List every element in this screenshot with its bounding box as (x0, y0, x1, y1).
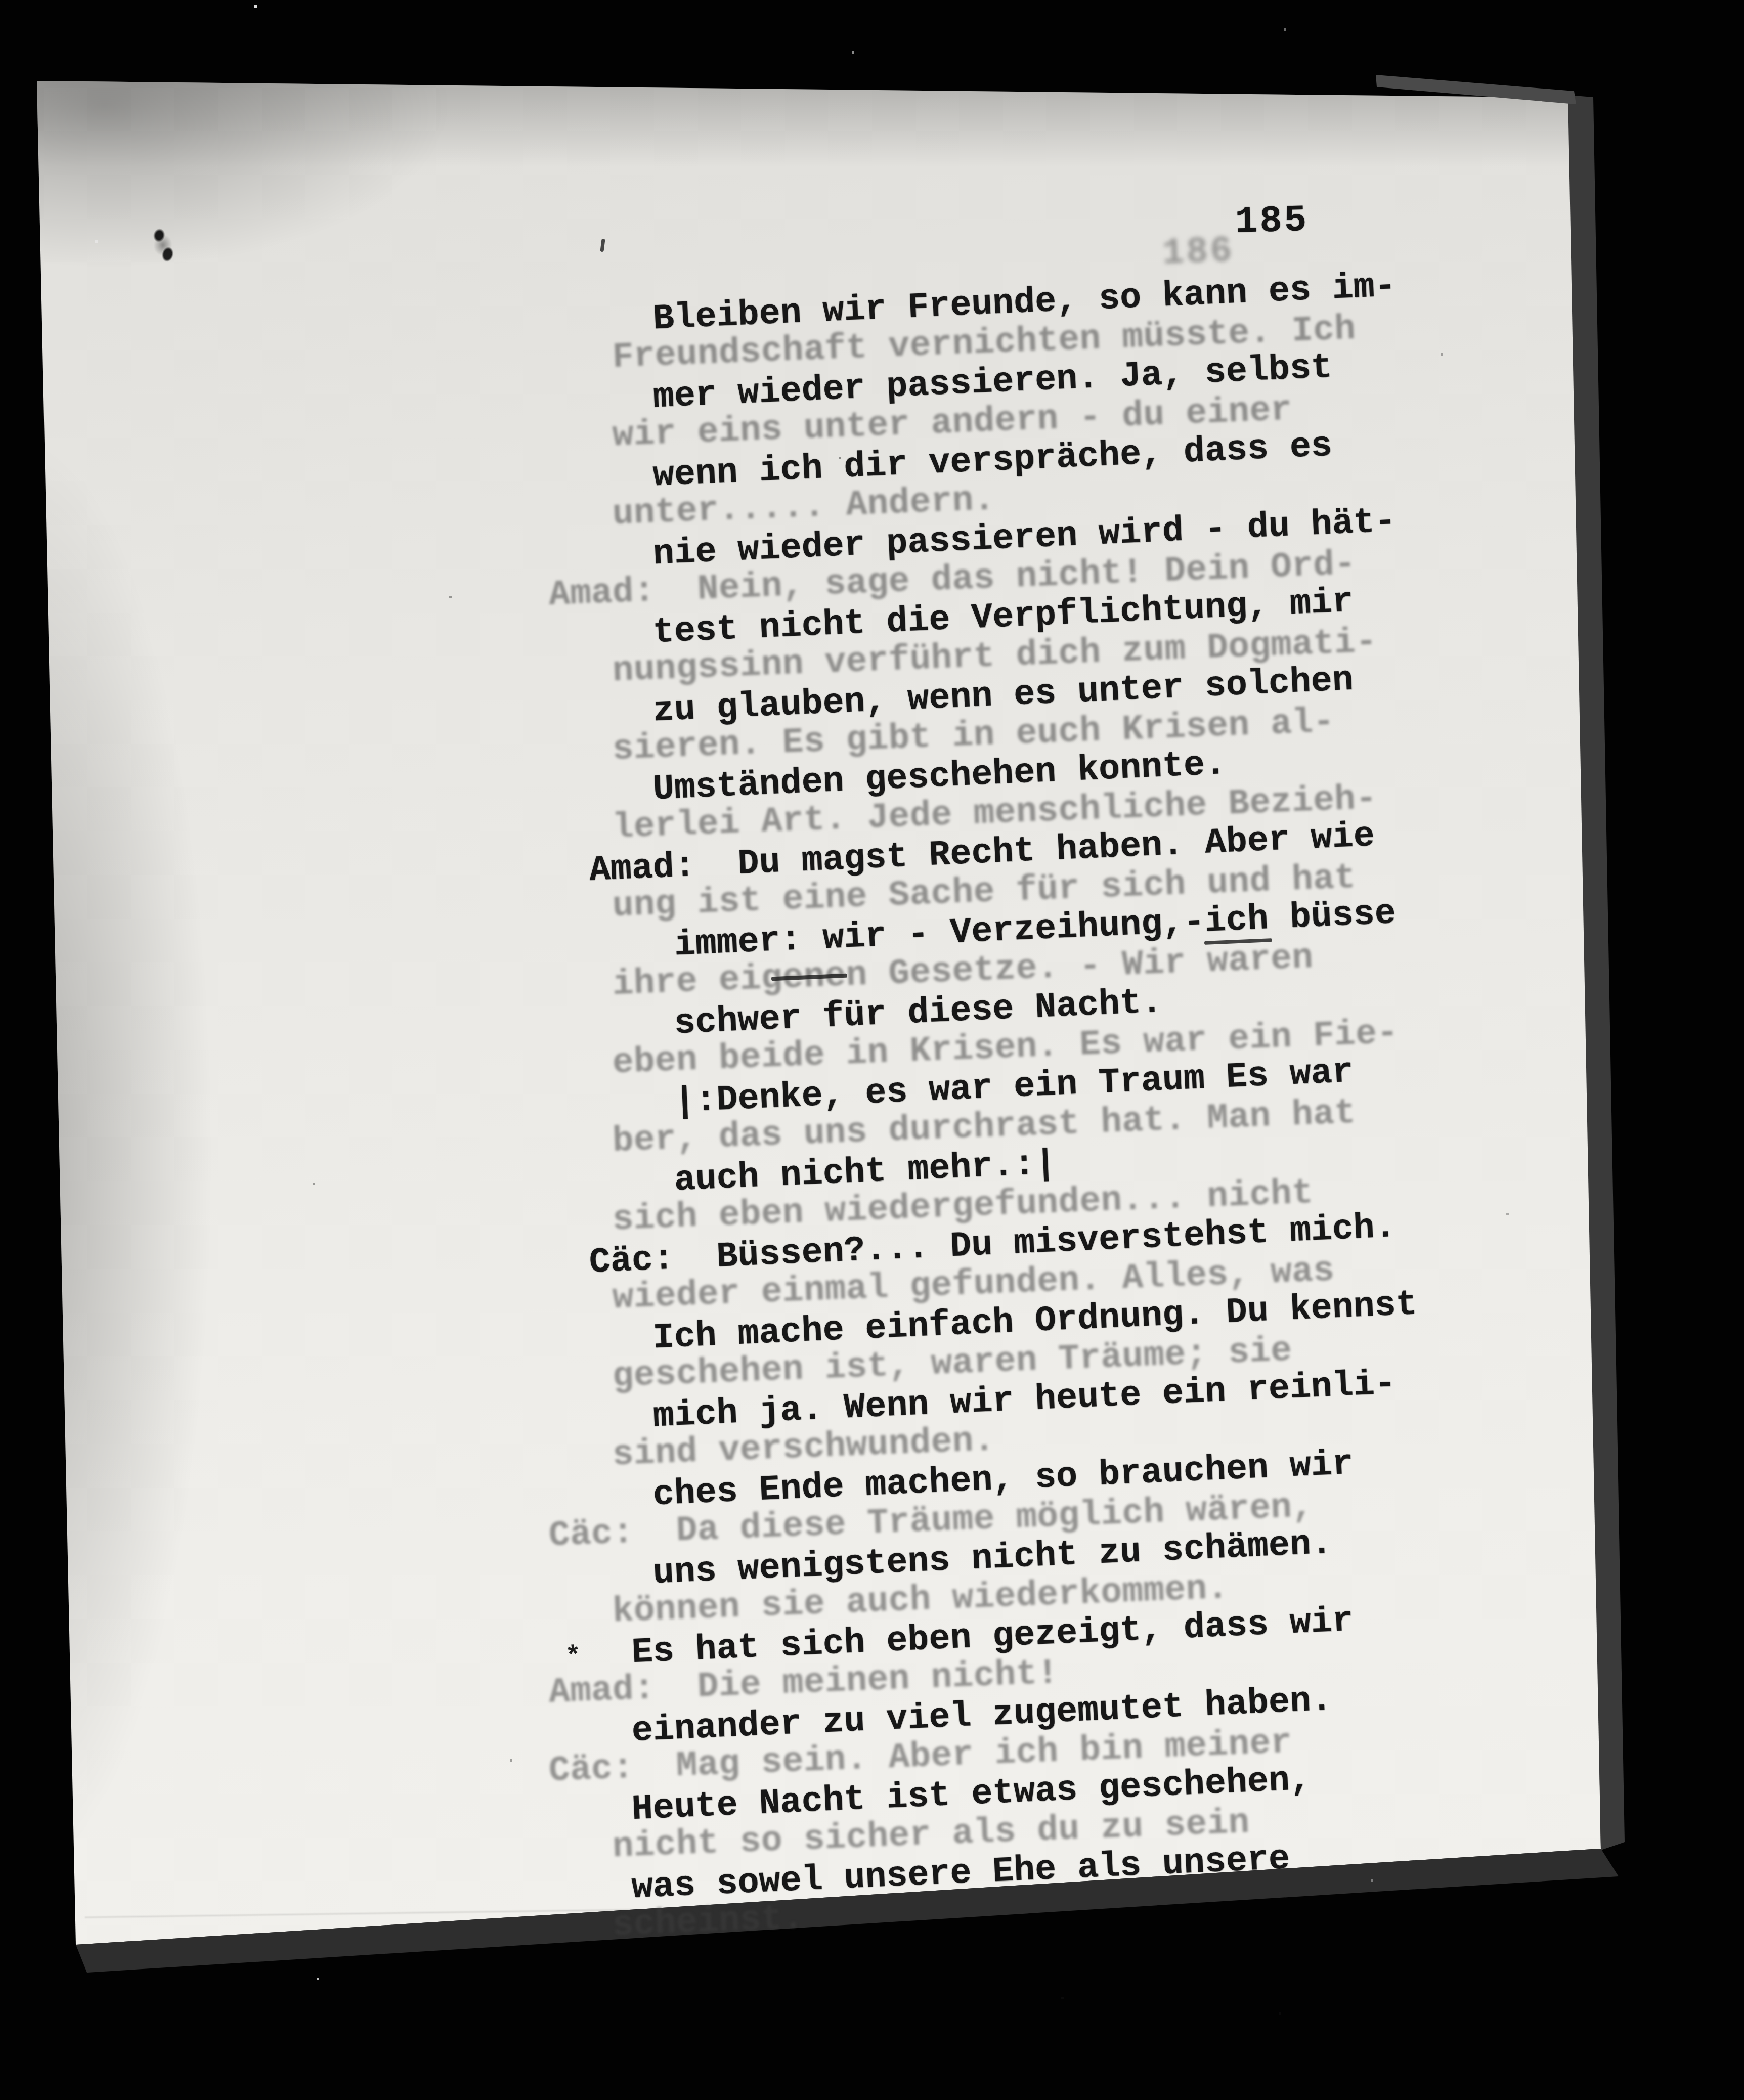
border-dust-specks (0, 0, 1, 1)
page-number: 185 (1235, 199, 1310, 244)
typed-text-block: Bleiben wir Freunde, so kann es im- mer … (589, 283, 1651, 1930)
margin-star-mark: * (564, 1641, 582, 1672)
scanner-background: 186 185 Freundschaft vernichten müsste. … (0, 0, 1744, 2100)
